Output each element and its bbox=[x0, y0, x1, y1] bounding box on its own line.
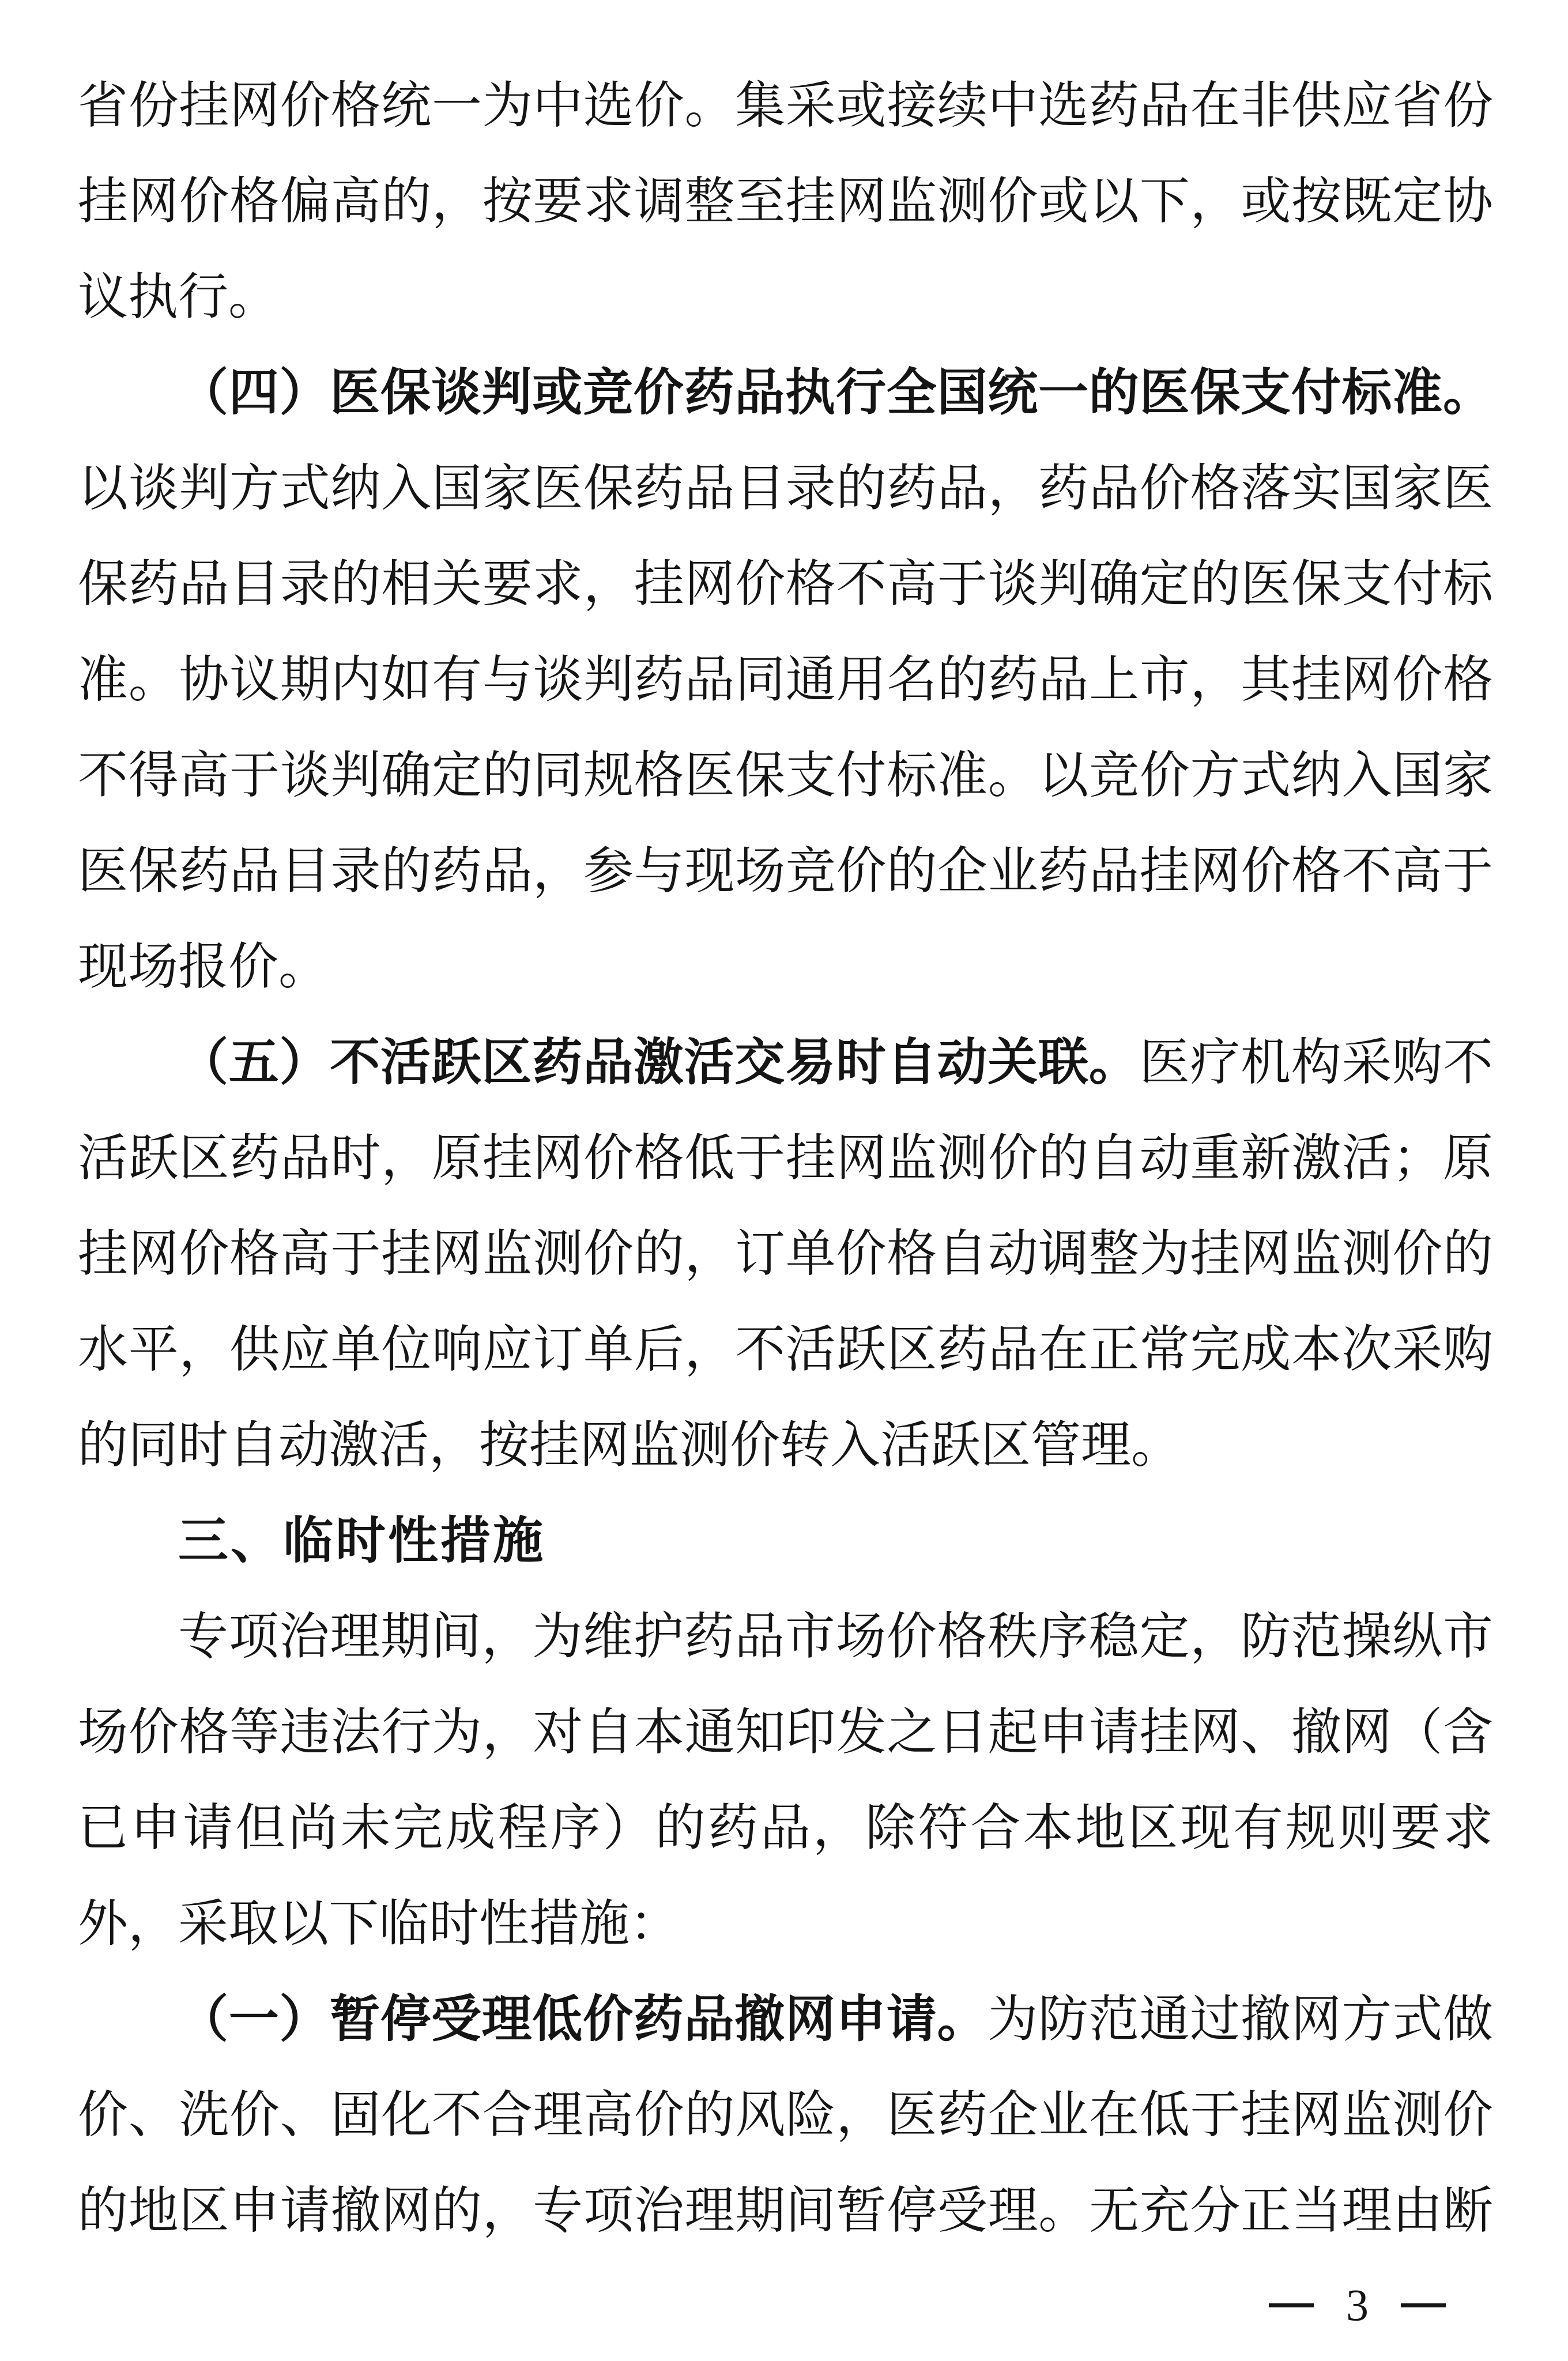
text-run: 已申请但尚未完成程序）的药品，除符合本地区现有规则要求 bbox=[78, 1800, 1493, 1856]
document-page: 省份挂网价格统一为中选价。集采或接续中选药品在非供应省份挂网价格偏高的，按要求调… bbox=[0, 0, 1568, 2361]
text-run: 保药品目录的相关要求，挂网价格不高于谈判确定的医保支付标 bbox=[78, 556, 1493, 612]
bold-text-run: （五）不活跃区药品激活交易时自动关联。 bbox=[178, 1035, 1139, 1091]
bold-text-run: （四）医保谈判或竞价药品执行全国统一的医保支付标准。 bbox=[178, 365, 1493, 421]
text-run: 议执行。 bbox=[78, 269, 278, 325]
page-number: 3 bbox=[1269, 2273, 1446, 2337]
text-line-14: 水平，供应单位响应订单后，不活跃区药品在正常完成本次采购 bbox=[78, 1302, 1493, 1398]
text-line-11: （五）不活跃区药品激活交易时自动关联。医疗机构采购不 bbox=[78, 1015, 1493, 1111]
text-line-2: 挂网价格偏高的，按要求调整至挂网监测价或以下，或按既定协 bbox=[78, 154, 1493, 250]
text-run: 水平，供应单位响应订单后，不活跃区药品在正常完成本次采购 bbox=[78, 1322, 1493, 1378]
text-line-18: 场价格等违法行为，对自本通知印发之日起申请挂网、撤网（含 bbox=[78, 1685, 1493, 1781]
text-run: 省份挂网价格统一为中选价。集采或接续中选药品在非供应省份 bbox=[78, 78, 1493, 134]
text-line-5: 以谈判方式纳入国家医保药品目录的药品，药品价格落实国家医 bbox=[78, 441, 1493, 537]
text-run: 准。协议期内如有与谈判药品同通用名的药品上市，其挂网价格 bbox=[78, 652, 1493, 708]
text-run: 外，采取以下临时性措施： bbox=[78, 1896, 680, 1952]
text-line-6: 保药品目录的相关要求，挂网价格不高于谈判确定的医保支付标 bbox=[78, 537, 1493, 632]
text-line-15: 的同时自动激活，按挂网监测价转入活跃区管理。 bbox=[78, 1398, 1493, 1493]
text-line-22: 价、洗价、固化不合理高价的风险，医药企业在低于挂网监测价 bbox=[78, 2068, 1493, 2163]
text-line-7: 准。协议期内如有与谈判药品同通用名的药品上市，其挂网价格 bbox=[78, 632, 1493, 728]
text-run: 的同时自动激活，按挂网监测价转入活跃区管理。 bbox=[78, 1417, 1181, 1473]
text-run: 价、洗价、固化不合理高价的风险，医药企业在低于挂网监测价 bbox=[78, 2087, 1493, 2143]
text-run: 以谈判方式纳入国家医保药品目录的药品，药品价格落实国家医 bbox=[78, 461, 1493, 516]
text-line-20: 外，采取以下临时性措施： bbox=[78, 1876, 1493, 1972]
section-heading: 三、临时性措施 bbox=[78, 1493, 1493, 1589]
text-run: 专项治理期间，为维护药品市场价格秩序稳定，防范操纵市 bbox=[178, 1609, 1493, 1665]
text-line-13: 挂网价格高于挂网监测价的，订单价格自动调整为挂网监测价的 bbox=[78, 1206, 1493, 1302]
text-run: 的地区申请撤网的，专项治理期间暂停受理。无充分正当理由断 bbox=[78, 2183, 1493, 2239]
text-line-23: 的地区申请撤网的，专项治理期间暂停受理。无充分正当理由断 bbox=[78, 2163, 1493, 2259]
text-run: 场价格等违法行为，对自本通知印发之日起申请挂网、撤网（含 bbox=[78, 1704, 1493, 1760]
text-line-8: 不得高于谈判确定的同规格医保支付标准。以竞价方式纳入国家 bbox=[78, 728, 1493, 824]
text-line-17: 专项治理期间，为维护药品市场价格秩序稳定，防范操纵市 bbox=[78, 1589, 1493, 1685]
text-line-10: 现场报价。 bbox=[78, 919, 1493, 1015]
text-line-19: 已申请但尚未完成程序）的药品，除符合本地区现有规则要求 bbox=[78, 1781, 1493, 1876]
text-line-21: （一）暂停受理低价药品撤网申请。为防范通过撤网方式做 bbox=[78, 1972, 1493, 2068]
text-run: 现场报价。 bbox=[78, 939, 329, 995]
text-run: 挂网价格偏高的，按要求调整至挂网监测价或以下，或按既定协 bbox=[78, 174, 1493, 229]
page-number-value: 3 bbox=[1346, 2283, 1369, 2328]
text-line-3: 议执行。 bbox=[78, 250, 1493, 345]
text-run: 医保药品目录的药品，参与现场竞价的企业药品挂网价格不高于 bbox=[78, 843, 1493, 899]
text-run: 不得高于谈判确定的同规格医保支付标准。以竞价方式纳入国家 bbox=[78, 748, 1493, 804]
text-run: 为防范通过撤网方式做 bbox=[987, 1992, 1493, 2047]
text-run: 挂网价格高于挂网监测价的，订单价格自动调整为挂网监测价的 bbox=[78, 1226, 1493, 1282]
page-number-right-dash bbox=[1401, 2303, 1446, 2307]
document-body: 省份挂网价格统一为中选价。集采或接续中选药品在非供应省份挂网价格偏高的，按要求调… bbox=[78, 58, 1493, 2259]
text-line-4: （四）医保谈判或竞价药品执行全国统一的医保支付标准。 bbox=[78, 345, 1493, 441]
page-number-left-dash bbox=[1269, 2303, 1314, 2307]
text-run: 医疗机构采购不 bbox=[1139, 1035, 1493, 1091]
text-line-12: 活跃区药品时，原挂网价格低于挂网监测价的自动重新激活；原 bbox=[78, 1111, 1493, 1206]
bold-text-run: 三、临时性措施 bbox=[178, 1513, 545, 1569]
bold-text-run: （一）暂停受理低价药品撤网申请。 bbox=[178, 1992, 987, 2047]
text-line-1: 省份挂网价格统一为中选价。集采或接续中选药品在非供应省份 bbox=[78, 58, 1493, 154]
text-line-9: 医保药品目录的药品，参与现场竞价的企业药品挂网价格不高于 bbox=[78, 824, 1493, 919]
text-run: 活跃区药品时，原挂网价格低于挂网监测价的自动重新激活；原 bbox=[78, 1130, 1493, 1186]
